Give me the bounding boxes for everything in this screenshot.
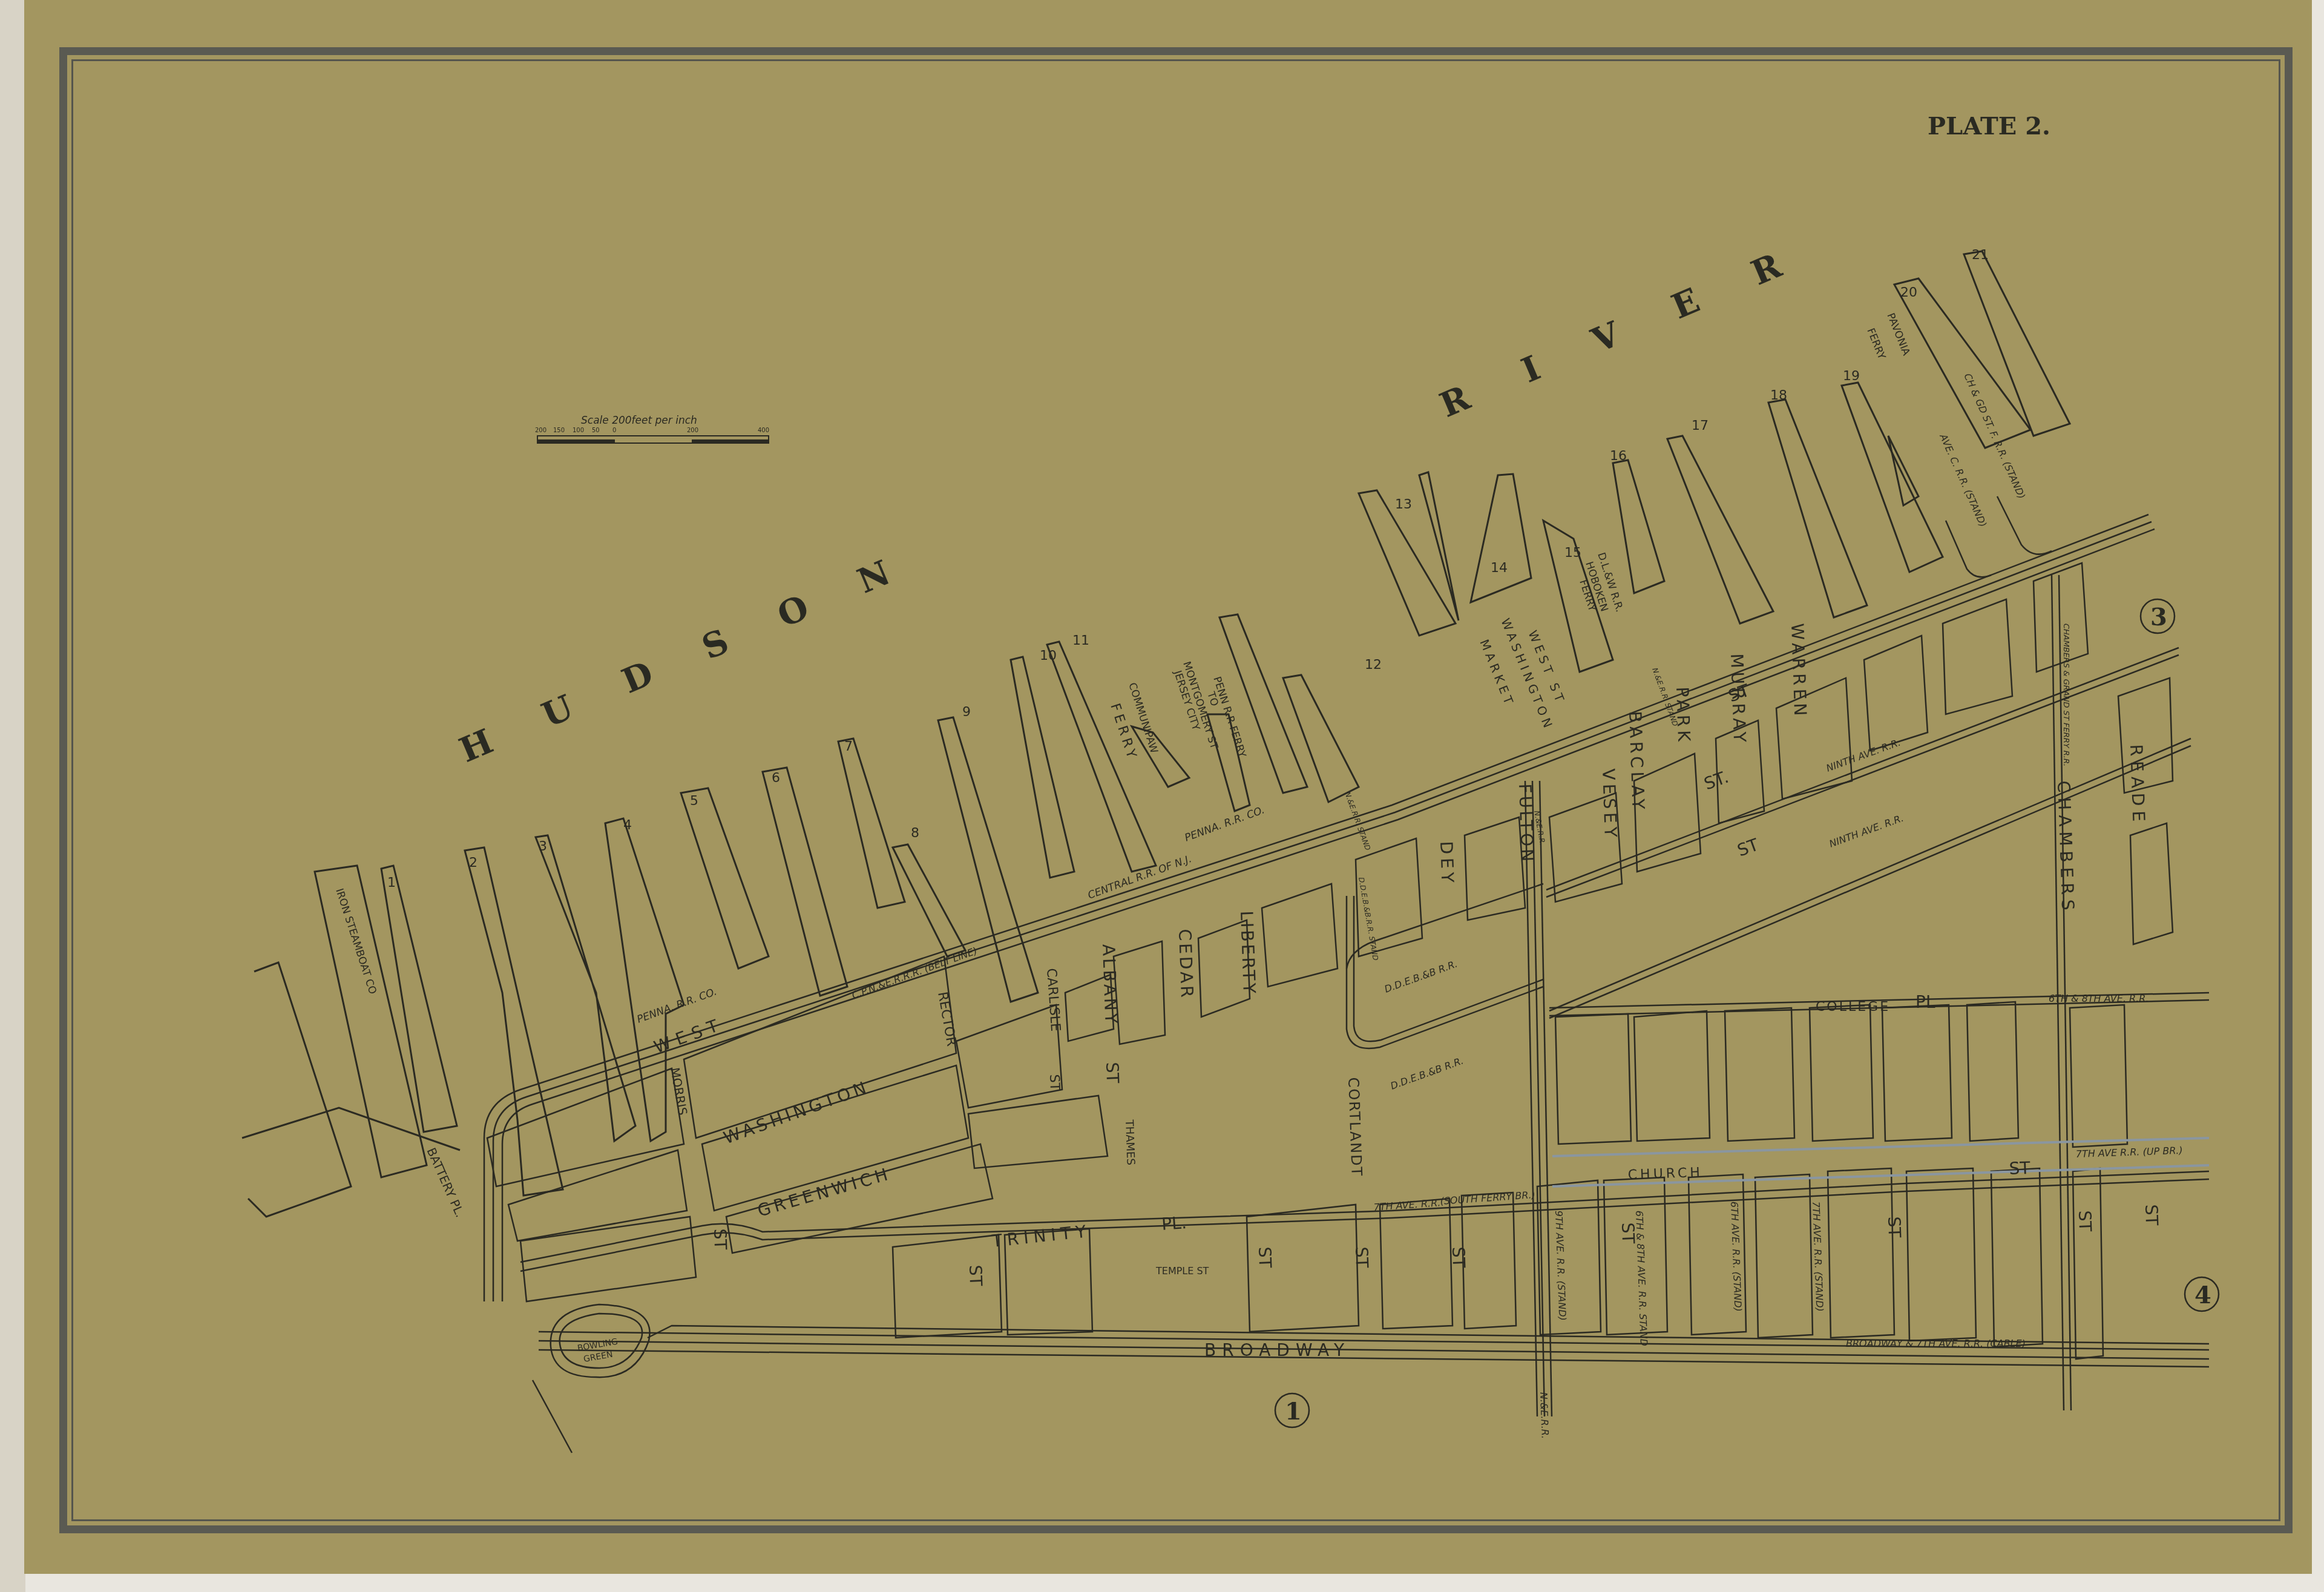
street-st: ST: [2075, 1210, 2095, 1232]
pier-number: 12: [1365, 657, 1382, 673]
label-ninth-ave-rr: NINTH AVE. R.R.: [1828, 812, 1905, 850]
svg-text:0: 0: [612, 427, 616, 434]
svg-text:200: 200: [687, 427, 698, 434]
street-broadway: BROADWAY: [1204, 1340, 1350, 1360]
sheet-index-3: 3: [2150, 603, 2167, 631]
street-church-st: ST: [2009, 1158, 2031, 1179]
pier-14: [1471, 474, 1531, 602]
pier-number: 13: [1395, 497, 1412, 512]
ch-gd-stand: [1997, 496, 2052, 554]
pier-17: [1667, 436, 1773, 623]
label-9th-ave-stand: 9TH AVE. R.R. (STAND): [1553, 1210, 1568, 1321]
street-thames: THAMES: [1123, 1119, 1137, 1165]
street-temple-st: TEMPLE ST: [1155, 1265, 1209, 1277]
pier-number: 10: [1040, 648, 1057, 663]
pier-13: [1359, 490, 1456, 636]
pier-12: [1283, 675, 1359, 802]
street-fulton: FULTON: [1515, 783, 1538, 864]
street-chambers: CHAMBERS: [2053, 780, 2078, 915]
svg-text:200: 200: [535, 427, 547, 434]
street-trinity-pl: PL.: [1161, 1212, 1187, 1234]
label-ch-gd-stand: CH & GD ST. F. R.R. (STAND): [1961, 372, 2027, 501]
pier-5: [681, 788, 769, 969]
label-broadway-cable: BROADWAY & 7TH AVE. R.R. (CABLE): [1846, 1338, 2026, 1349]
plate-title: PLATE 2.: [1928, 112, 2050, 140]
street-barclay: BARCLAY: [1625, 711, 1649, 813]
pier-number: 16: [1610, 449, 1627, 464]
river-label: HUDSON RIVER: [454, 222, 1843, 771]
pier-number: 5: [690, 794, 698, 809]
pier-number: 14: [1491, 561, 1508, 576]
battery-shore: [242, 1108, 460, 1150]
street-murray: MURRAY: [1727, 653, 1750, 746]
street-trinity: TRINITY: [990, 1221, 1092, 1251]
label-6th-8th-stand: 6TH & 8TH AVE. R.R. STAND: [1633, 1210, 1650, 1346]
pier-6: [763, 768, 847, 996]
pier-number: 3: [539, 839, 547, 854]
pier-number: 17: [1692, 418, 1709, 433]
pier-18: [1768, 400, 1867, 617]
label-iron-steamboat: IRON STEAMBOAT CO: [333, 887, 378, 996]
pier-number: 19: [1843, 369, 1860, 384]
street-battery-pl: BATTERY PL.: [424, 1145, 467, 1219]
label-6th-ave-stand: 6TH AVE. R.R. (STAND): [1728, 1201, 1744, 1312]
street-vesey: VESEY: [1598, 768, 1621, 841]
pier-20: [1894, 278, 2030, 448]
label-bowling-green-2: GREEN: [583, 1350, 614, 1364]
pier-labels: IRON STEAMBOAT CO COMMUNIPAW FERRY PENN …: [333, 311, 1912, 1364]
label-6th-8th-ave-rr: 6TH & 8TH AVE. R.R.: [2049, 993, 2148, 1004]
street-cortlandt: CORTLANDT: [1345, 1077, 1365, 1177]
street-liberty: LIBERTY: [1236, 910, 1259, 996]
label-pavonia-ferry: FERRY: [1864, 326, 1888, 361]
label-central-rr-nj: CENTRAL R.R. OF N.J.: [1086, 853, 1193, 902]
pier-iron-steamboat: [315, 866, 427, 1177]
street-st: ST: [1255, 1246, 1275, 1269]
pier-number: 4: [623, 818, 632, 833]
pier-numbers: 1 2 3 4 5 6 7 8 9 10 11 12 13 14 15 16 1…: [387, 248, 1989, 890]
pier-1: [381, 866, 457, 1132]
label-7th-ave-up-br: 7TH AVE R.R. (UP BR.): [2075, 1145, 2183, 1160]
street-college-pl: PL: [1915, 992, 1935, 1012]
ave-c-stand: [1946, 521, 1991, 577]
fulton-line: [1525, 781, 1537, 1416]
street-carlisle: CARLISLE: [1043, 968, 1063, 1032]
pier-number: 2: [469, 855, 478, 870]
pier-7: [838, 738, 905, 908]
street-college: COLLEGE: [1816, 999, 1890, 1015]
label-belt-line: C.P.N.&E.R.R.R. (BELT LINE): [850, 945, 979, 1001]
pier-2: [465, 847, 563, 1196]
scale-bar: Scale 200feet per inch 200 150 100 50 0 …: [535, 415, 769, 443]
street-park-st: ST: [1735, 834, 1762, 860]
street-barclay-st: ST.: [1701, 767, 1731, 794]
street-cedar: CEDAR: [1175, 929, 1197, 1000]
pier-number: 21: [1972, 248, 1989, 263]
pier-19: [1842, 383, 1943, 572]
blocks-layer: [487, 563, 2173, 1359]
label-ave-c-stand: AVE. C. R.R. (STAND): [1937, 432, 1989, 529]
street-st: ST: [1448, 1246, 1469, 1269]
street-st: ST: [965, 1265, 986, 1287]
pier-communipaw: [1132, 726, 1189, 787]
label-ne-rr: N.&E.R.R.: [1538, 1392, 1551, 1439]
label-chambers-grand-ferry: CHAMBERS & GRAND ST FERRY R.R.: [2061, 623, 2070, 766]
street-rector: RECTOR: [934, 991, 959, 1048]
label-ddebb-rr: D.D.E.B.&B R.R.: [1383, 958, 1459, 995]
street-greenwich: GREENWICH: [755, 1163, 893, 1221]
svg-text:100: 100: [573, 427, 584, 434]
pier-16: [1613, 460, 1664, 593]
label-penna-rr-co: PENNA. R.R. CO.: [1183, 804, 1266, 844]
pier-number: 20: [1900, 285, 1917, 300]
shore-outline: [248, 962, 351, 1217]
river-word-hudson: HUDSON: [454, 530, 949, 771]
sheet-index-4: 4: [2194, 1281, 2211, 1309]
label-pavonia: PAVONIA: [1884, 311, 1912, 357]
pier-number: 7: [844, 739, 853, 754]
pier-number: 18: [1770, 388, 1787, 403]
street-st: ST: [710, 1228, 730, 1251]
pier-number: 9: [962, 705, 971, 720]
street-st: ST: [1884, 1216, 1905, 1238]
street-warren: WARREN: [1787, 623, 1811, 720]
label-7th-ave-rr: 7TH AVE. R.R.: [1373, 1197, 1441, 1213]
street-washington: WASHINGTON: [721, 1077, 872, 1148]
svg-text:150: 150: [553, 427, 565, 434]
pier-3: [536, 835, 635, 1141]
street-albany-st: ST: [1102, 1062, 1123, 1084]
railroad-labels: C.P.N.&E.R.R.R. (BELT LINE) D.D.E.B.&B R…: [850, 372, 2183, 1439]
pier-pavonia: [1888, 436, 1919, 505]
pier-number: 11: [1072, 633, 1089, 648]
pier-number: 6: [772, 771, 780, 786]
svg-text:50: 50: [592, 427, 600, 434]
pier-13b: [1419, 472, 1459, 620]
pier-number: 1: [387, 875, 396, 890]
pier-number: 15: [1564, 545, 1581, 561]
label-ddebb-rr: D.D.E.B.&B R.R.: [1389, 1054, 1465, 1091]
svg-text:400: 400: [758, 427, 769, 434]
street-st: ST: [1351, 1246, 1372, 1269]
street-dey: DEY: [1436, 841, 1458, 886]
map-sheet: Scale 200feet per inch 200 150 100 50 0 …: [0, 0, 2324, 1592]
street-carlisle-st: ST: [1046, 1074, 1062, 1091]
street-church: CHURCH: [1627, 1165, 1703, 1183]
street-west: WEST: [651, 1013, 726, 1057]
street-st: ST: [2141, 1204, 2162, 1226]
sheet-index-1: 1: [1285, 1397, 1302, 1426]
pier-penn-long: [1219, 614, 1307, 793]
map-drawing: Scale 200feet per inch 200 150 100 50 0 …: [0, 0, 2324, 1592]
pier-number: 8: [911, 826, 919, 841]
street-reade: READE: [2126, 744, 2149, 827]
street-labels: WEST ST WASHINGTON GREENWICH TRINITY PL.…: [424, 623, 2162, 1360]
street-albany: ALBANY: [1098, 944, 1121, 1026]
scale-caption: Scale 200feet per inch: [581, 415, 697, 427]
